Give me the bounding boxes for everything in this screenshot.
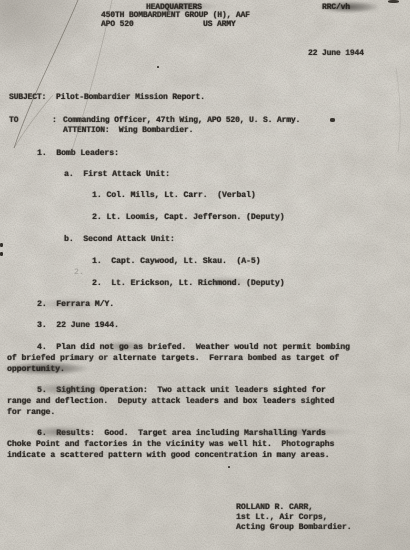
signature-name: ROLLAND R. CARR, [236,503,313,513]
para-sighting-line-2: range and deflection. Deputy attack lead… [7,397,334,407]
second-attack-unit-item-2: 2. Lt. Erickson, Lt. Richmond. (Deputy) [92,279,285,289]
subject-text: Pilot-Bombardier Mission Report. [56,93,205,103]
para-sighting-line-3: for range. [7,408,55,418]
signature-title: Acting Group Bombardier. [236,523,352,533]
ink-speck [0,252,3,256]
scanned-document-page: HEADQUARTERS RRC/vh 450TH BOMBARDMENT GR… [0,0,410,550]
signature-rank: 1st Lt., Air Corps, [236,513,327,523]
para-plan-line-3: opportunity. [7,365,65,375]
para-results-line-3: indicate a scattered pattern with good c… [7,451,330,461]
attention-line: ATTENTION: Wing Bombardier. [63,126,193,136]
to-text: Commanding Officer, 47th Wing, APO 520, … [63,116,300,126]
reference-initials: RRC/vh [322,3,350,13]
ink-speck [0,243,3,247]
subject-label: SUBJECT: [9,93,46,103]
paper-texture [0,0,410,550]
letterhead-branch: US ARMY [203,20,236,30]
first-attack-unit-item-1: 1. Col. Mills, Lt. Carr. (Verbal) [92,191,256,201]
para-plan-line-2: of briefed primary or alternate targets.… [7,354,339,364]
para-first-attack-unit: a. First Attack Unit: [64,170,170,180]
to-colon: : [52,116,57,126]
date-line: 22 June 1944 [308,49,364,59]
para-mission-date: 3. 22 June 1944. [37,321,119,331]
para-target: 2. Ferrara M/Y. [37,300,114,310]
second-attack-unit-item-1: 1. Capt. Caywood, Lt. Skau. (A-5) [92,257,260,267]
para-results-line-2: Choke Point and factories in the vicinit… [7,440,334,450]
letterhead-apo: APO 520 [101,20,134,30]
para-plan-line-1: 4. Plan did not go as briefed. Weather w… [37,343,350,353]
ghost-numeral: 2. [74,268,84,278]
para-bomb-leaders: 1. Bomb Leaders: [37,149,119,159]
para-sighting-line-1: 5. Sighting Operation: Two attack unit l… [37,386,326,396]
ink-speck [228,466,230,468]
ink-speck [388,0,399,3]
to-label: TO [9,116,18,126]
para-second-attack-unit: b. Second Attack Unit: [64,235,175,245]
first-attack-unit-item-2: 2. Lt. Loomis, Capt. Jefferson. (Deputy) [92,213,285,223]
ink-speck [157,66,159,68]
para-results-line-1: 6. Results: Good. Target area including … [37,429,326,439]
ink-speck [330,118,335,122]
fold-creases [0,0,410,550]
